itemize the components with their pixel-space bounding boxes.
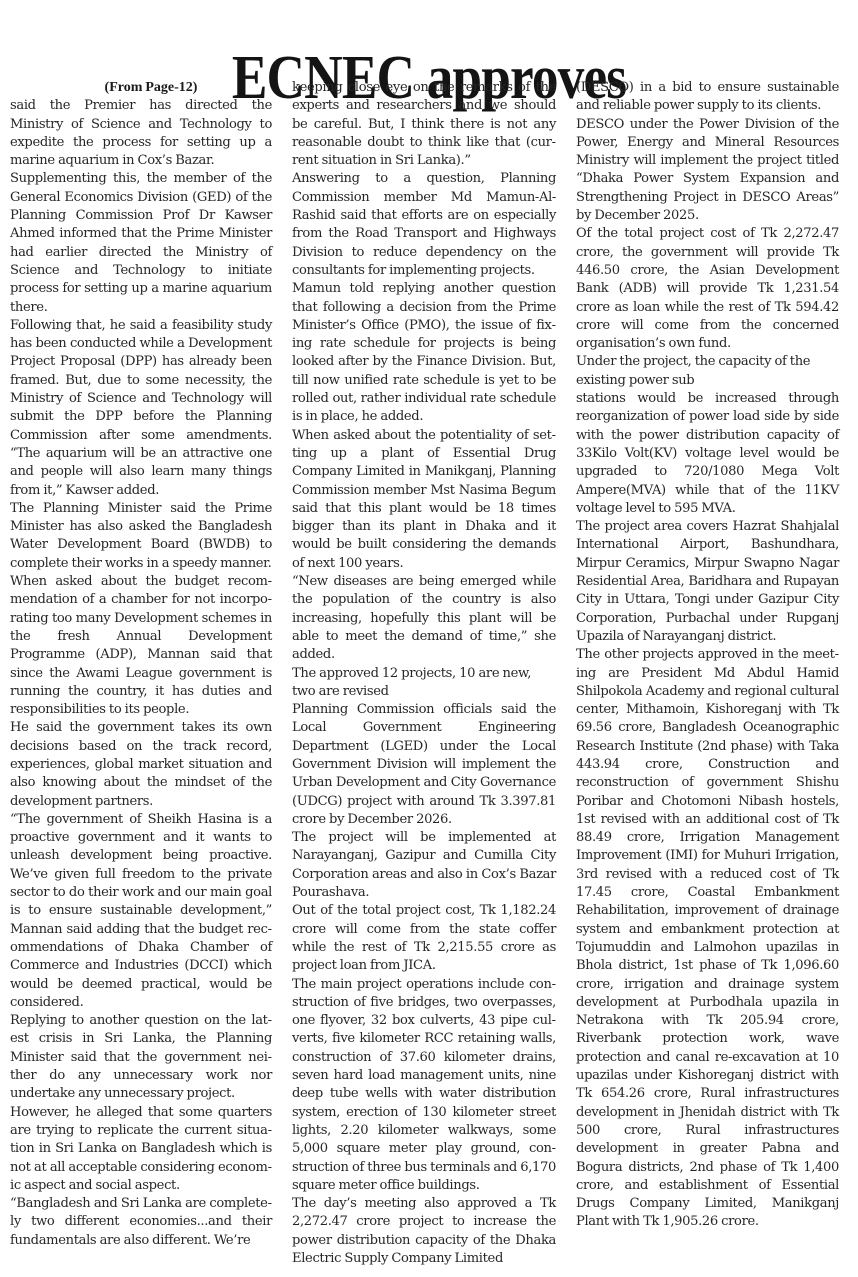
paragraph: The main project operations include con­… — [292, 976, 556, 1196]
paragraph: said the Premier has directed the Minist… — [10, 97, 272, 170]
paragraph: He said the government takes its own dec… — [10, 719, 272, 810]
paragraph: The project area covers Hazrat Shahjalal… — [576, 518, 839, 646]
paragraph: Following that, he said a feasibility st… — [10, 317, 272, 500]
article-column-3: (DESCO) in a bid to ensure sustainable a… — [576, 79, 839, 1232]
paragraph: Planning Commission officials said the L… — [292, 701, 556, 829]
paragraph: Answering to a question, Planning Commis… — [292, 170, 556, 280]
subheading-paragraph: The approved 12 projects, 10 are new, tw… — [292, 665, 556, 702]
paragraph: keeping close eye on the remarks of the … — [292, 79, 556, 170]
paragraph: The project will be implemented at Naray… — [292, 829, 556, 902]
article-column-1: (From Page-12) said the Premier has dire… — [10, 79, 272, 1250]
paragraph: (DESCO) in a bid to ensure sustainable a… — [576, 79, 839, 116]
paragraph: Mamun told replying another question tha… — [292, 280, 556, 426]
paragraph: When asked about the budget recom­mendat… — [10, 573, 272, 719]
continuation-kicker: (From Page-12) — [10, 79, 272, 97]
paragraph: “New diseases are being emerged while th… — [292, 573, 556, 664]
paragraph: When asked about the potentiality of set… — [292, 427, 556, 573]
paragraph: Under the project, the capacity of the e… — [576, 353, 839, 390]
paragraph: The other projects approved in the meet­… — [576, 646, 839, 1232]
paragraph: “The government of Sheikh Hasina is a pr… — [10, 811, 272, 1012]
paragraph: The Planning Minister said the Prime Min… — [10, 500, 272, 573]
paragraph: Of the total project cost of Tk 2,272.47… — [576, 225, 839, 353]
paragraph: “Bangladesh and Sri Lanka are complete­l… — [10, 1195, 272, 1250]
paragraph: Out of the total project cost, Tk 1,182.… — [292, 902, 556, 975]
paragraph: DESCO under the Power Division of the Po… — [576, 116, 839, 226]
article-column-2: keeping close eye on the remarks of the … — [292, 79, 556, 1268]
paragraph: However, he alleged that some quarters a… — [10, 1104, 272, 1195]
paragraph: stations would be increased through reor… — [576, 390, 839, 518]
paragraph: Replying to another question on the lat­… — [10, 1012, 272, 1103]
paragraph: The day’s meeting also approved a Tk 2,2… — [292, 1195, 556, 1268]
paragraph: Supplementing this, the member of the Ge… — [10, 170, 272, 316]
